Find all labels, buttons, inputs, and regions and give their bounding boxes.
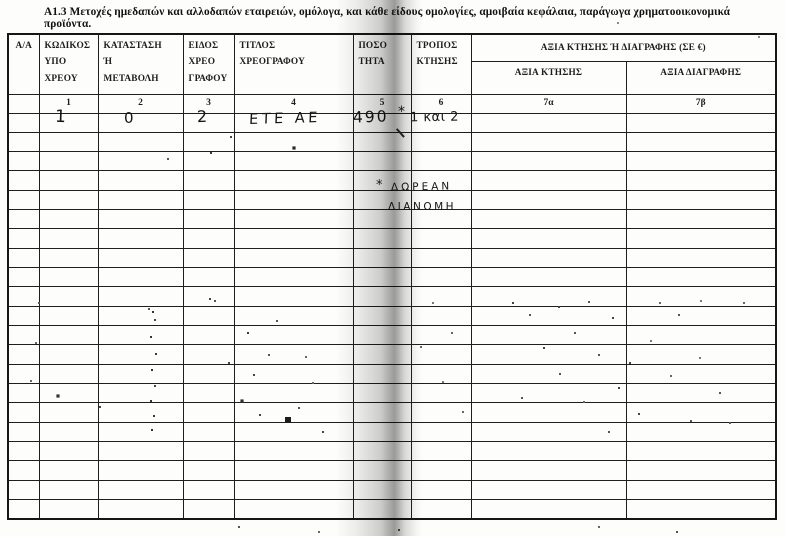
header-acquisition-value: ΑΞΙΑ ΚΤΗΣΗΣ [471, 61, 626, 94]
table-cell [411, 442, 471, 461]
table-cell [98, 384, 183, 403]
table-cell [471, 268, 626, 287]
table-cell [98, 345, 183, 364]
table-cell [98, 268, 183, 287]
header-row-main: Α/Α ΚΩΔΙΚΟΣ ΥΠΟ ΧΡΕΟΥ ΚΑΤΑΣΤΑΣΗ Ή ΜΕΤΑΒΟ… [8, 34, 776, 61]
table-cell [183, 152, 234, 171]
table-cell [183, 345, 234, 364]
table-cell [234, 461, 353, 480]
table-cell [98, 210, 183, 229]
table-cell [471, 248, 626, 267]
table-cell [353, 306, 411, 325]
table-cell [411, 326, 471, 345]
table-row [8, 384, 776, 403]
table-cell [471, 171, 626, 190]
table-cell [626, 113, 776, 132]
table-cell [183, 113, 234, 132]
table-cell [353, 171, 411, 190]
table-cell [8, 422, 39, 441]
table-cell [471, 461, 626, 480]
table-cell [234, 306, 353, 325]
table-cell [411, 268, 471, 287]
table-cell [8, 306, 39, 325]
table-cell [183, 403, 234, 422]
table-row [8, 306, 776, 325]
header-write-off-value: ΑΞΙΑ ΔΙΑΓΡΑΦΗΣ [626, 61, 776, 94]
table-cell [626, 345, 776, 364]
table-row [8, 364, 776, 383]
table-cell [471, 442, 626, 461]
table-cell [183, 480, 234, 499]
table-cell [39, 345, 98, 364]
colnum-7b: 7β [626, 94, 776, 113]
table-cell [183, 268, 234, 287]
table-cell [39, 113, 98, 132]
scanned-form-page: Α1.3 Μετοχές ημεδαπών και αλλοδαπών εται… [0, 0, 785, 536]
header-security-title: ΤΙΤΛΟΣ ΧΡΕΟΓΡΑΦΟΥ [234, 34, 353, 94]
table-row [8, 461, 776, 480]
table-cell [183, 171, 234, 190]
table-cell [8, 500, 39, 519]
table-cell [98, 248, 183, 267]
colnum-3: 3 [183, 94, 234, 113]
table-cell [8, 268, 39, 287]
table-cell [471, 500, 626, 519]
table-cell [98, 403, 183, 422]
table-cell [98, 171, 183, 190]
table-cell [8, 403, 39, 422]
table-cell [39, 306, 98, 325]
table-cell [234, 384, 353, 403]
table-cell [8, 248, 39, 267]
table-cell [471, 132, 626, 151]
table-row [8, 229, 776, 248]
table-cell [626, 171, 776, 190]
table-row [8, 287, 776, 306]
table-row [8, 480, 776, 499]
table-cell [39, 403, 98, 422]
table-cell [98, 364, 183, 383]
table-cell [626, 248, 776, 267]
table-cell [234, 422, 353, 441]
table-cell [39, 480, 98, 499]
table-cell [626, 229, 776, 248]
table-cell [411, 171, 471, 190]
table-cell [39, 461, 98, 480]
table-cell [8, 229, 39, 248]
table-cell [234, 248, 353, 267]
table-row [8, 326, 776, 345]
table-cell [8, 287, 39, 306]
table-cell [626, 422, 776, 441]
table-cell [626, 132, 776, 151]
table-cell [471, 384, 626, 403]
table-cell [353, 442, 411, 461]
table-row [8, 248, 776, 267]
table-cell [183, 384, 234, 403]
table-cell [39, 229, 98, 248]
table-cell [98, 152, 183, 171]
table-cell [8, 190, 39, 209]
table-cell [626, 403, 776, 422]
table-row [8, 345, 776, 364]
table-row [8, 268, 776, 287]
table-cell [183, 500, 234, 519]
table-row [8, 171, 776, 190]
table-cell [471, 229, 626, 248]
table-cell [39, 500, 98, 519]
table-cell [8, 442, 39, 461]
table-row [8, 403, 776, 422]
scan-noise-speckles [0, 0, 2, 2]
table-cell [39, 171, 98, 190]
table-cell [183, 461, 234, 480]
table-cell [411, 480, 471, 499]
column-number-row: 1 2 3 4 5 6 7α 7β [8, 94, 776, 113]
table-cell [234, 442, 353, 461]
table-cell [8, 461, 39, 480]
table-cell [353, 113, 411, 132]
table-cell [626, 268, 776, 287]
table-cell [411, 132, 471, 151]
table-cell [626, 326, 776, 345]
table-cell [98, 500, 183, 519]
table-cell [626, 152, 776, 171]
table-cell [8, 364, 39, 383]
table-cell [353, 403, 411, 422]
table-cell [183, 442, 234, 461]
securities-table: Α/Α ΚΩΔΙΚΟΣ ΥΠΟ ΧΡΕΟΥ ΚΑΤΑΣΤΑΣΗ Ή ΜΕΤΑΒΟ… [7, 33, 777, 520]
table-row [8, 500, 776, 519]
table-cell [98, 461, 183, 480]
table-row [8, 152, 776, 171]
table-cell [234, 403, 353, 422]
table-cell [353, 364, 411, 383]
table-cell [39, 210, 98, 229]
table-cell [39, 152, 98, 171]
table-cell [39, 268, 98, 287]
table-cell [183, 229, 234, 248]
table-cell [471, 364, 626, 383]
table-cell [626, 500, 776, 519]
table-cell [411, 422, 471, 441]
table-cell [353, 287, 411, 306]
table-cell [353, 210, 411, 229]
table-cell [98, 306, 183, 325]
table-body [8, 113, 776, 519]
table-cell [353, 461, 411, 480]
table-cell [234, 500, 353, 519]
table-cell [353, 326, 411, 345]
table-cell [411, 248, 471, 267]
table-cell [8, 132, 39, 151]
table-cell [411, 190, 471, 209]
table-cell [39, 132, 98, 151]
table-cell [411, 345, 471, 364]
table-cell [471, 345, 626, 364]
table-cell [98, 422, 183, 441]
table-cell [626, 210, 776, 229]
table-cell [471, 422, 626, 441]
table-cell [353, 384, 411, 403]
table-cell [39, 248, 98, 267]
table-cell [234, 287, 353, 306]
table-cell [626, 306, 776, 325]
table-cell [98, 113, 183, 132]
table-cell [39, 190, 98, 209]
table-cell [98, 229, 183, 248]
table-row [8, 422, 776, 441]
table-cell [234, 132, 353, 151]
table-cell [183, 132, 234, 151]
table-cell [626, 190, 776, 209]
table-cell [8, 345, 39, 364]
table-cell [39, 326, 98, 345]
table-cell [471, 152, 626, 171]
table-cell [411, 210, 471, 229]
table-row [8, 113, 776, 132]
form-section-title: Α1.3 Μετοχές ημεδαπών και αλλοδαπών εται… [44, 6, 756, 30]
table-cell [471, 480, 626, 499]
header-status-or-change: ΚΑΤΑΣΤΑΣΗ Ή ΜΕΤΑΒΟΛΗ [98, 34, 183, 94]
table-row [8, 210, 776, 229]
table-cell [411, 287, 471, 306]
table-cell [98, 480, 183, 499]
table-cell [471, 403, 626, 422]
table-cell [234, 210, 353, 229]
table-cell [8, 210, 39, 229]
table-cell [234, 113, 353, 132]
table-cell [39, 287, 98, 306]
table-cell [183, 364, 234, 383]
header-security-type: ΕΙΔΟΣ ΧΡΕΟ ΓΡΑΦΟΥ [183, 34, 234, 94]
table-row [8, 190, 776, 209]
header-aa: Α/Α [8, 34, 39, 94]
table-cell [98, 132, 183, 151]
colnum-6: 6 [411, 94, 471, 113]
header-debtor-code: ΚΩΔΙΚΟΣ ΥΠΟ ΧΡΕΟΥ [39, 34, 98, 94]
table-cell [471, 326, 626, 345]
colnum-7a: 7α [471, 94, 626, 113]
colnum-4: 4 [234, 94, 353, 113]
table-cell [353, 248, 411, 267]
table-row [8, 442, 776, 461]
table-cell [8, 152, 39, 171]
colnum-1: 1 [39, 94, 98, 113]
table-cell [411, 152, 471, 171]
table-cell [353, 345, 411, 364]
table-cell [183, 306, 234, 325]
table-cell [411, 500, 471, 519]
table-cell [39, 442, 98, 461]
table-cell [234, 268, 353, 287]
table-cell [98, 442, 183, 461]
table-cell [8, 171, 39, 190]
table-cell [39, 384, 98, 403]
table-cell [411, 113, 471, 132]
colnum-blank [8, 94, 39, 113]
table-cell [411, 403, 471, 422]
table-cell [98, 190, 183, 209]
table-cell [411, 364, 471, 383]
colnum-2: 2 [98, 94, 183, 113]
table-cell [8, 113, 39, 132]
table-cell [353, 480, 411, 499]
table-cell [626, 364, 776, 383]
table-cell [471, 113, 626, 132]
header-quantity: ΠΟΣΟ ΤΗΤΑ [353, 34, 411, 94]
colnum-5: 5 [353, 94, 411, 113]
table-cell [234, 345, 353, 364]
table-cell [353, 190, 411, 209]
table-cell [8, 384, 39, 403]
table-cell [183, 248, 234, 267]
table-row [8, 132, 776, 151]
table-cell [234, 152, 353, 171]
table-cell [234, 190, 353, 209]
table-cell [411, 306, 471, 325]
table-cell [39, 364, 98, 383]
header-value-group: ΑΞΙΑ ΚΤΗΣΗΣ Ή ΔΙΑΓΡΑΦΗΣ (ΣΕ €) [471, 34, 776, 61]
table-cell [411, 461, 471, 480]
table-cell [234, 364, 353, 383]
table-cell [411, 384, 471, 403]
table-cell [183, 422, 234, 441]
table-cell [98, 287, 183, 306]
table-cell [183, 190, 234, 209]
table-cell [234, 229, 353, 248]
table-cell [411, 229, 471, 248]
table-cell [626, 461, 776, 480]
table-cell [353, 132, 411, 151]
table-cell [626, 287, 776, 306]
table-cell [353, 500, 411, 519]
table-cell [626, 480, 776, 499]
table-cell [353, 268, 411, 287]
table-cell [8, 326, 39, 345]
table-cell [234, 171, 353, 190]
table-cell [626, 442, 776, 461]
table-cell [183, 326, 234, 345]
table-cell [39, 422, 98, 441]
table-cell [234, 326, 353, 345]
table-cell [471, 306, 626, 325]
table-cell [353, 422, 411, 441]
table-cell [353, 229, 411, 248]
table-cell [183, 210, 234, 229]
table-cell [471, 210, 626, 229]
table-cell [626, 384, 776, 403]
table-cell [471, 287, 626, 306]
table-cell [353, 152, 411, 171]
table-cell [183, 287, 234, 306]
header-acquisition-method: ΤΡΟΠΟΣ ΚΤΗΣΗΣ [411, 34, 471, 94]
table-cell [234, 480, 353, 499]
table-cell [8, 480, 39, 499]
table-cell [471, 190, 626, 209]
table-cell [98, 326, 183, 345]
